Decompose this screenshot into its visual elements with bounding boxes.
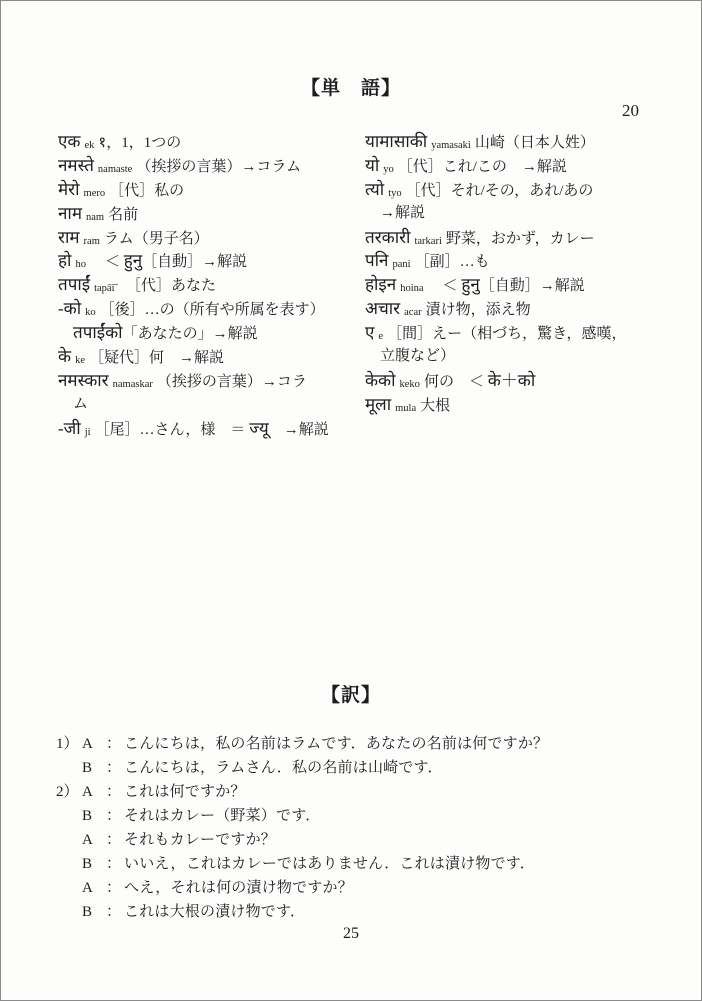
definition-text: ［間］えー（相づち，驚き，感嘆， — [387, 326, 626, 342]
definition-text: ム — [73, 396, 88, 412]
romanization: ek — [84, 140, 94, 151]
romanization: yo — [383, 164, 394, 175]
vocab-line: तपाईंtapāī̃ ［代］あなた — [58, 273, 329, 297]
definition-text: ［自動］→解説 — [480, 278, 585, 294]
dialogue-line: 2）A：これは何ですか？ — [56, 780, 548, 804]
vocab-column-left: एकek१，1，1つのनमस्तेnamaste（挨拶の言葉）→コラムमेरोm… — [58, 130, 329, 441]
vocab-line: मूलाmula大根 — [365, 393, 626, 417]
romanization: ko — [85, 307, 96, 318]
speaker-separator: ： — [103, 756, 124, 780]
headword-devanagari: यो — [365, 156, 379, 175]
romanization: acar — [404, 307, 421, 318]
headword-devanagari: ए — [365, 323, 374, 342]
dialogue-line: A：へえ，それは何の漬け物ですか？ — [56, 876, 548, 900]
definition-text: ［疑代］何 →解説 — [89, 350, 224, 366]
vocab-line: योyo［代］これ/この →解説 — [365, 154, 626, 178]
romanization: keko — [400, 379, 420, 390]
romanization: ho — [75, 259, 86, 270]
definition-text: 大根 — [420, 398, 450, 414]
romanization: pani — [393, 259, 411, 270]
headword-devanagari: केको — [365, 371, 396, 390]
dialogue-text: それはカレー（野菜）です． — [124, 804, 320, 828]
definition-text: →解説 — [380, 205, 425, 221]
translation-section-title: 【訳】 — [1, 680, 701, 707]
headword-devanagari: पनि — [365, 251, 389, 270]
vocab-line: एe［間］えー（相づち，驚き，感嘆， — [365, 321, 626, 345]
vocab-line: नमस्कारnamaskar（挨拶の言葉）→コラ — [58, 369, 329, 393]
dialogue-text: へえ，それは何の漬け物ですか？ — [124, 876, 353, 900]
vocab-line: होइनhoina ＜ हुनु［自動］→解説 — [365, 273, 626, 297]
dialogue-number: 2） — [56, 780, 82, 804]
headword-devanagari: तरकारी — [365, 228, 410, 247]
vocab-line: तरकारीtarkari野菜，おかず，カレー — [365, 226, 626, 250]
headword-devanagari: नमस्ते — [58, 156, 94, 175]
romanization: tapāī̃ — [94, 283, 114, 294]
dialogue-line: B：それはカレー（野菜）です． — [56, 804, 548, 828]
speaker-label: B — [82, 804, 103, 828]
vocab-line: केke［疑代］何 →解説 — [58, 345, 329, 369]
headword-devanagari: यामासाकी — [365, 132, 427, 151]
headword-devanagari: नमस्कार — [58, 371, 109, 390]
vocab-line: -जीji［尾］…さん，様 ＝ ज्यू →解説 — [58, 417, 329, 441]
definition-text: 何の ＜ — [424, 374, 488, 390]
speaker-separator: ： — [103, 900, 124, 924]
vocab-line: त्योtyo［代］それ/その，あれ/あの — [365, 178, 626, 202]
headword-devanagari: एक — [58, 132, 80, 151]
romanization: ke — [75, 355, 85, 366]
vocab-line: अचारacar漬け物，添え物 — [365, 297, 626, 321]
definition-text: ＜ — [90, 254, 124, 270]
romanization: hoina — [400, 283, 423, 294]
speaker-separator: ： — [103, 804, 124, 828]
definition-text: ［代］それ/その，あれ/あの — [406, 183, 594, 199]
dialogue-text: これは何ですか？ — [124, 780, 246, 804]
vocab-line: -कोko［後］…の（所有や所属を表す） — [58, 297, 329, 321]
headword-devanagari: -जी — [58, 419, 81, 438]
vocab-line: पनिpani［副］…も — [365, 249, 626, 273]
definition-text: ［代］これ/この →解説 — [398, 159, 567, 175]
romanization: mero — [84, 188, 106, 199]
headword-devanagari: नाम — [58, 204, 82, 223]
romanization: yamasaki — [431, 140, 471, 151]
headword-devanagari: अचार — [365, 299, 400, 318]
speaker-label: A — [82, 732, 103, 756]
speaker-label: B — [82, 756, 103, 780]
headword-devanagari: हुनु — [124, 251, 142, 270]
vocab-line: →解説 — [365, 202, 626, 226]
headword-devanagari: के — [58, 347, 71, 366]
dialogue-text: こんにちは，ラムさん．私の名前は山崎です． — [124, 756, 443, 780]
dialogue-text: それもカレーですか？ — [124, 828, 276, 852]
vocab-column-right: यामासाकीyamasaki山崎（日本人姓）योyo［代］これ/この →解説… — [365, 130, 626, 417]
vocab-line: होho ＜ हुनु［自動］→解説 — [58, 249, 329, 273]
footer-page-number: 25 — [1, 925, 701, 943]
speaker-label: B — [82, 900, 103, 924]
vocab-line: रामramラム（男子名） — [58, 226, 329, 250]
romanization: e — [378, 331, 383, 342]
speaker-separator: ： — [103, 852, 124, 876]
romanization: namaste — [98, 164, 132, 175]
dialogue-line: B：これは大根の漬け物です． — [56, 900, 548, 924]
headword-devanagari: तपाईं — [58, 275, 90, 294]
headword-devanagari: मेरो — [58, 180, 80, 199]
headword-devanagari: तपाईंको — [73, 323, 123, 342]
definition-text: ［副］…も — [415, 254, 490, 270]
speaker-label: A — [82, 780, 103, 804]
romanization: tarkari — [414, 236, 441, 247]
definition-text: 野菜，おかず，カレー — [446, 231, 595, 247]
dialogue-line: B：こんにちは，ラムさん．私の名前は山崎です． — [56, 756, 548, 780]
vocab-line: मेरोmero［代］私の — [58, 178, 329, 202]
header-page-number: 20 — [622, 101, 639, 121]
headword-devanagari: हुनु — [461, 275, 479, 294]
speaker-label: A — [82, 828, 103, 852]
dialogue-line: B：いいえ，これはカレーではありません．これは漬け物です． — [56, 852, 548, 876]
dialogue-text: こんにちは，私の名前はラムです．あなたの名前は何ですか？ — [124, 732, 548, 756]
romanization: ji — [85, 427, 91, 438]
headword-devanagari: होइन — [365, 275, 396, 294]
vocab-line: नामnam名前 — [58, 202, 329, 226]
speaker-separator: ： — [103, 876, 124, 900]
romanization: nam — [86, 212, 104, 223]
vocab-line: यामासाकीyamasaki山崎（日本人姓） — [365, 130, 626, 154]
definition-text: १，1，1つの — [98, 135, 181, 151]
romanization: namaskar — [113, 379, 153, 390]
definition-text: →解説 — [269, 422, 329, 438]
dialogue-number: 1） — [56, 732, 82, 756]
dialogue-line: A：それもカレーですか？ — [56, 828, 548, 852]
dialogue-line: 1）A：こんにちは，私の名前はラムです．あなたの名前は何ですか？ — [56, 732, 548, 756]
headword-devanagari: हो — [58, 251, 71, 270]
vocab-line: केकोkeko何の ＜ के＋को — [365, 369, 626, 393]
vocab-section-title: 【単 語】 — [1, 73, 701, 100]
dialogue-block: 1）A：こんにちは，私の名前はラムです．あなたの名前は何ですか？B：こんにちは，… — [56, 732, 548, 924]
definition-text: ［自動］→解説 — [142, 254, 247, 270]
definition-text: （挨拶の言葉）→コラ — [157, 374, 307, 390]
headword-devanagari: राम — [58, 228, 80, 247]
definition-text: ［代］あなた — [119, 278, 217, 294]
headword-devanagari: ज्यू — [249, 419, 269, 438]
definition-text: ［代］私の — [109, 183, 184, 199]
definition-text: 山崎（日本人姓） — [475, 135, 595, 151]
headword-devanagari: -को — [58, 299, 81, 318]
speaker-separator: ： — [103, 828, 124, 852]
speaker-separator: ： — [103, 732, 124, 756]
romanization: ram — [84, 236, 100, 247]
definition-text: （挨拶の言葉）→コラム — [136, 159, 301, 175]
dialogue-text: いいえ，これはカレーではありません．これは漬け物です． — [124, 852, 535, 876]
definition-text: ［後］…の（所有や所属を表す） — [100, 302, 325, 318]
vocab-line: 立腹など） — [365, 345, 626, 369]
vocab-line: एकek१，1，1つの — [58, 130, 329, 154]
definition-text: 名前 — [108, 207, 138, 223]
dialogue-text: これは大根の漬け物です． — [124, 900, 305, 924]
headword-devanagari: मूला — [365, 395, 391, 414]
definition-text: ＜ — [428, 278, 462, 294]
speaker-separator: ： — [103, 780, 124, 804]
definition-text: 漬け物，添え物 — [426, 302, 531, 318]
speaker-label: B — [82, 852, 103, 876]
definition-text: ［尾］…さん，様 ＝ — [95, 422, 250, 438]
definition-text: ラム（男子名） — [104, 231, 209, 247]
vocab-line: नमस्तेnamaste（挨拶の言葉）→コラム — [58, 154, 329, 178]
speaker-label: A — [82, 876, 103, 900]
definition-text: 立腹など） — [380, 348, 455, 364]
textbook-page: { "document": { "header": { "page_number… — [0, 0, 702, 1001]
romanization: mula — [395, 403, 416, 414]
headword-devanagari: के＋को — [488, 371, 536, 390]
vocab-line: ム — [58, 393, 329, 417]
vocab-line: तपाईंको「あなたの」→解説 — [58, 321, 329, 345]
definition-text: 「あなたの」→解説 — [123, 326, 258, 342]
headword-devanagari: त्यो — [365, 180, 384, 199]
romanization: tyo — [388, 188, 401, 199]
